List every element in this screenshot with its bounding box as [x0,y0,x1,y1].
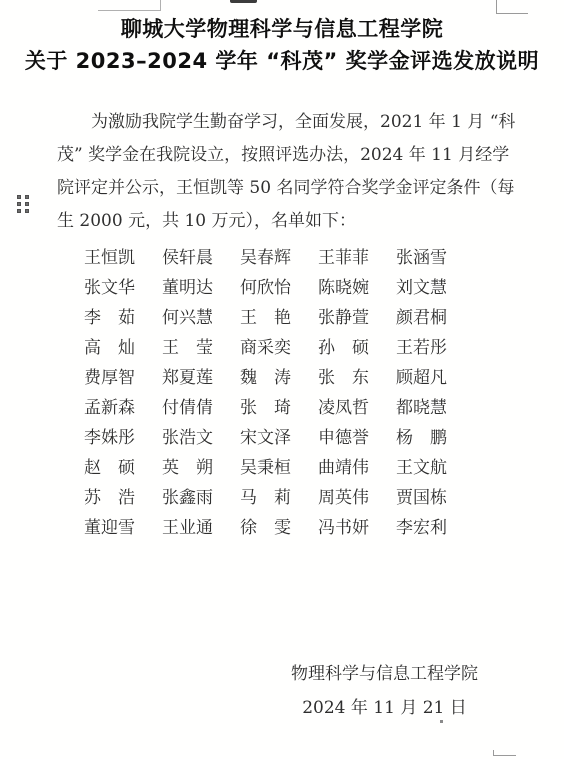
scan-smudge-top [230,0,257,3]
dot [17,195,21,199]
student-name: 张静萱 [318,303,370,328]
dot [25,195,29,199]
document-page: 聊城大学物理科学与信息工程学院 关于 2023–2024 学年 “科茂” 奖学金… [0,0,564,759]
document-title: 聊城大学物理科学与信息工程学院 关于 2023–2024 学年 “科茂” 奖学金… [0,13,564,77]
document-title-line2: 关于 2023–2024 学年 “科茂” 奖学金评选发放说明 [0,45,564,77]
student-name: 李姝彤 [84,423,136,448]
paragraph-line: 院评定并公示，王恒凯等 50 名同学符合奖学金评定条件（每 [57,172,508,205]
student-name: 贾国栋 [396,483,448,508]
student-name: 王 艳 [240,303,292,328]
student-name: 张鑫雨 [162,483,214,508]
student-name: 张文华 [84,273,136,298]
name-row: 王恒凯 侯轩晨 吴春辉 王菲菲 张涵雪 [84,240,564,270]
student-name: 吴秉桓 [240,453,292,478]
dot [25,202,29,206]
dot [17,209,21,213]
student-name: 凌凤哲 [318,393,370,418]
name-row: 苏 浩 张鑫雨 马 莉 周英伟 贾国栋 [84,480,564,510]
student-name: 刘文慧 [396,273,448,298]
student-name: 周英伟 [318,483,370,508]
student-name: 何兴慧 [162,303,214,328]
student-name: 张 琦 [240,393,292,418]
dot [17,202,21,206]
paragraph-line: 茂” 奖学金在我院设立，按照评选办法，2024 年 11 月经学 [57,139,508,172]
student-name: 王 莹 [162,333,214,358]
student-name: 孟新森 [84,393,136,418]
student-name: 吴春辉 [240,243,292,268]
student-name: 曲靖伟 [318,453,370,478]
student-name: 张涵雪 [396,243,448,268]
student-name: 赵 硕 [84,453,136,478]
student-name: 申德誉 [318,423,370,448]
student-name: 王恒凯 [84,243,136,268]
name-row: 赵 硕 英 朔 吴秉桓 曲靖伟 王文航 [84,450,564,480]
scan-corner-mark-bottom-right [493,750,516,756]
scan-corner-mark-top-left [98,0,161,11]
student-name: 高 灿 [84,333,136,358]
student-name: 王文航 [396,453,448,478]
dot [25,209,29,213]
dot-grid-marker-icon [17,195,29,213]
student-name: 顾超凡 [396,363,448,388]
student-name: 付倩倩 [162,393,214,418]
signature-organization: 物理科学与信息工程学院 [291,657,478,691]
student-name: 苏 浩 [84,483,136,508]
student-name: 杨 鹏 [396,423,448,448]
student-name-list: 王恒凯 侯轩晨 吴春辉 王菲菲 张涵雪 张文华 董明达 何欣怡 陈晓婉 刘文慧 … [84,240,564,540]
name-row: 李姝彤 张浩文 宋文泽 申德誉 杨 鹏 [84,420,564,450]
student-name: 王业通 [162,513,214,538]
student-name: 董明达 [162,273,214,298]
name-row: 张文华 董明达 何欣怡 陈晓婉 刘文慧 [84,270,564,300]
student-name: 徐 雯 [240,513,292,538]
student-name: 孙 硕 [318,333,370,358]
student-name: 都晓慧 [396,393,448,418]
student-name: 王若彤 [396,333,448,358]
document-title-line1: 聊城大学物理科学与信息工程学院 [0,13,564,45]
student-name: 冯书妍 [318,513,370,538]
scan-corner-mark-top-right [496,0,528,14]
student-name: 费厚智 [84,363,136,388]
paragraph-line: 为激励我院学生勤奋学习，全面发展，2021 年 1 月 “科 [57,106,508,139]
name-row: 李 茹 何兴慧 王 艳 张静萱 颜君桐 [84,300,564,330]
student-name: 宋文泽 [240,423,292,448]
signature-block: 物理科学与信息工程学院 2024 年 11 月 21 日 [291,657,478,725]
paragraph-line: 生 2000 元，共 10 万元），名单如下： [57,205,508,238]
name-row: 孟新森 付倩倩 张 琦 凌凤哲 都晓慧 [84,390,564,420]
student-name: 郑夏莲 [162,363,214,388]
student-name: 张 东 [318,363,370,388]
signature-date: 2024 年 11 月 21 日 [291,691,478,725]
student-name: 魏 涛 [240,363,292,388]
student-name: 李 茹 [84,303,136,328]
student-name: 李宏利 [396,513,448,538]
student-name: 王菲菲 [318,243,370,268]
student-name: 何欣怡 [240,273,292,298]
student-name: 张浩文 [162,423,214,448]
student-name: 英 朔 [162,453,214,478]
student-name: 商采奕 [240,333,292,358]
name-row: 费厚智 郑夏莲 魏 涛 张 东 顾超凡 [84,360,564,390]
student-name: 颜君桐 [396,303,448,328]
name-row: 董迎雪 王业通 徐 雯 冯书妍 李宏利 [84,510,564,540]
student-name: 马 莉 [240,483,292,508]
student-name: 董迎雪 [84,513,136,538]
student-name: 侯轩晨 [162,243,214,268]
student-name: 陈晓婉 [318,273,370,298]
name-row: 高 灿 王 莹 商采奕 孙 硕 王若彤 [84,330,564,360]
body-paragraph: 为激励我院学生勤奋学习，全面发展，2021 年 1 月 “科 茂” 奖学金在我院… [57,106,508,238]
